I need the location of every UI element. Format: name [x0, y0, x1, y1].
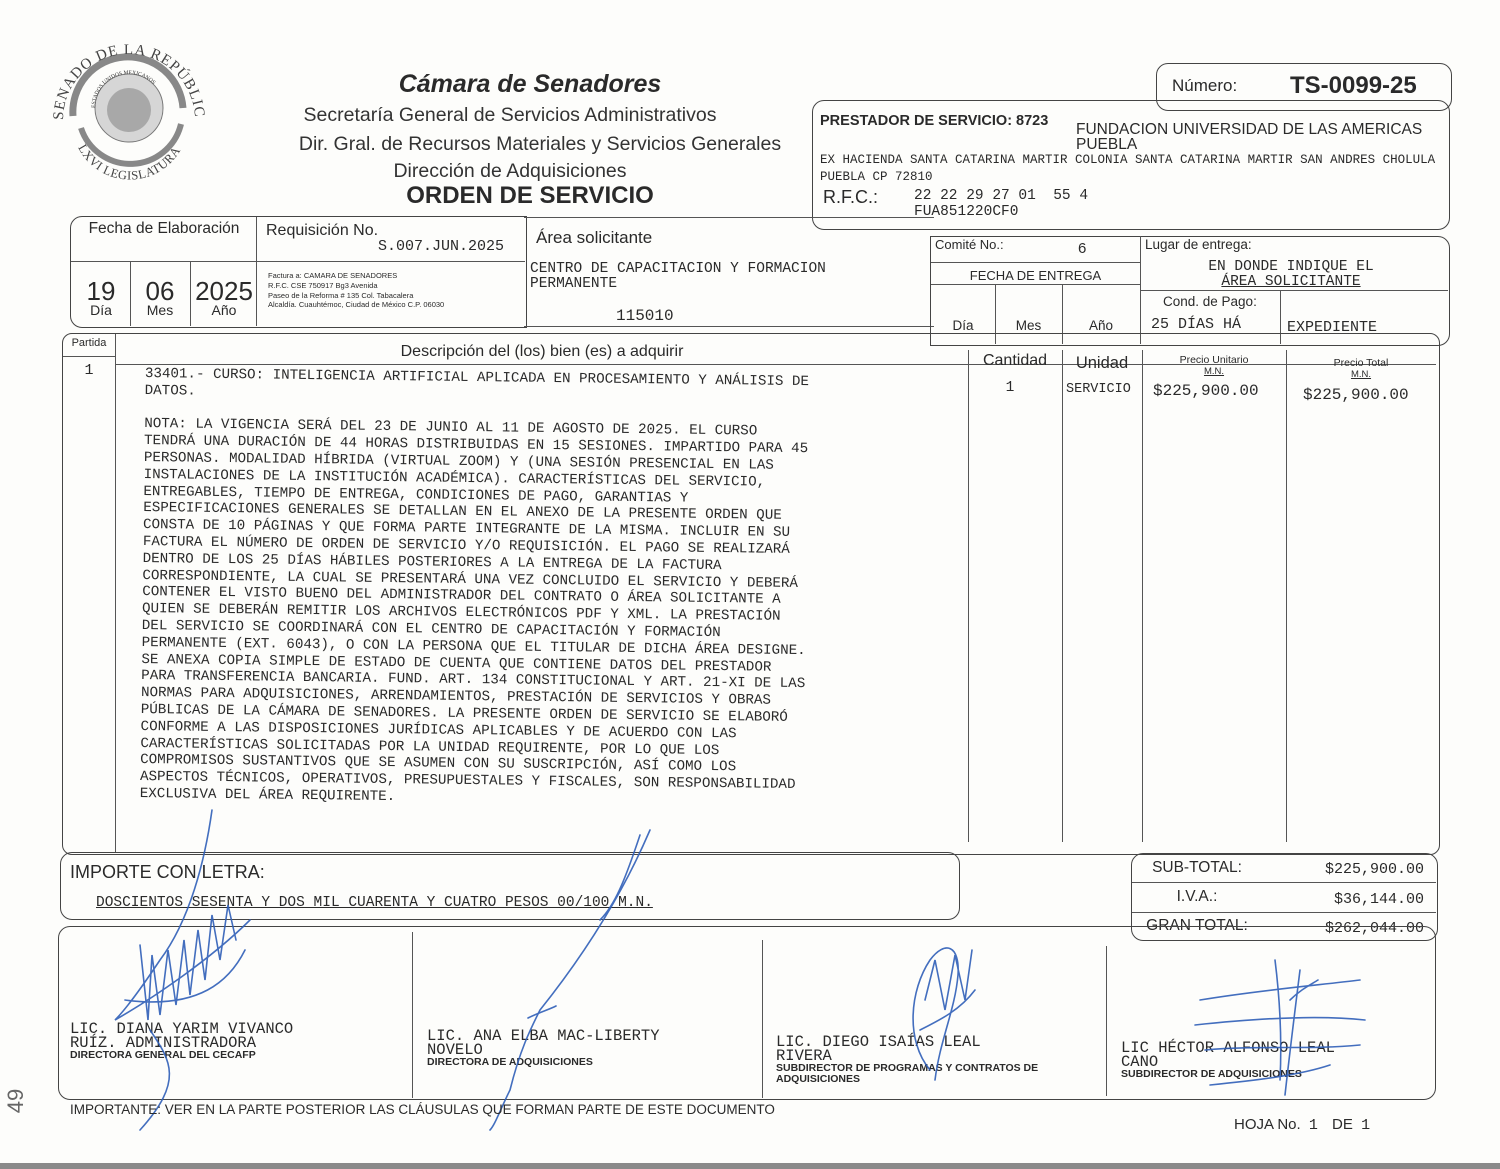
page-number: 1: [1309, 1117, 1318, 1134]
handwritten-page-note: 49: [3, 1089, 29, 1113]
page-label: HOJA No.: [1234, 1116, 1301, 1133]
handwritten-signatures-icon: [0, 0, 1500, 1169]
scan-edge: [0, 1163, 1500, 1169]
page-total: 1: [1361, 1117, 1370, 1134]
page-indicator: HOJA No. 1 DE 1: [1234, 1116, 1370, 1134]
important-notice: IMPORTANTE: VER EN LA PARTE POSTERIOR LA…: [70, 1102, 775, 1117]
page-of-label: DE: [1332, 1116, 1353, 1133]
